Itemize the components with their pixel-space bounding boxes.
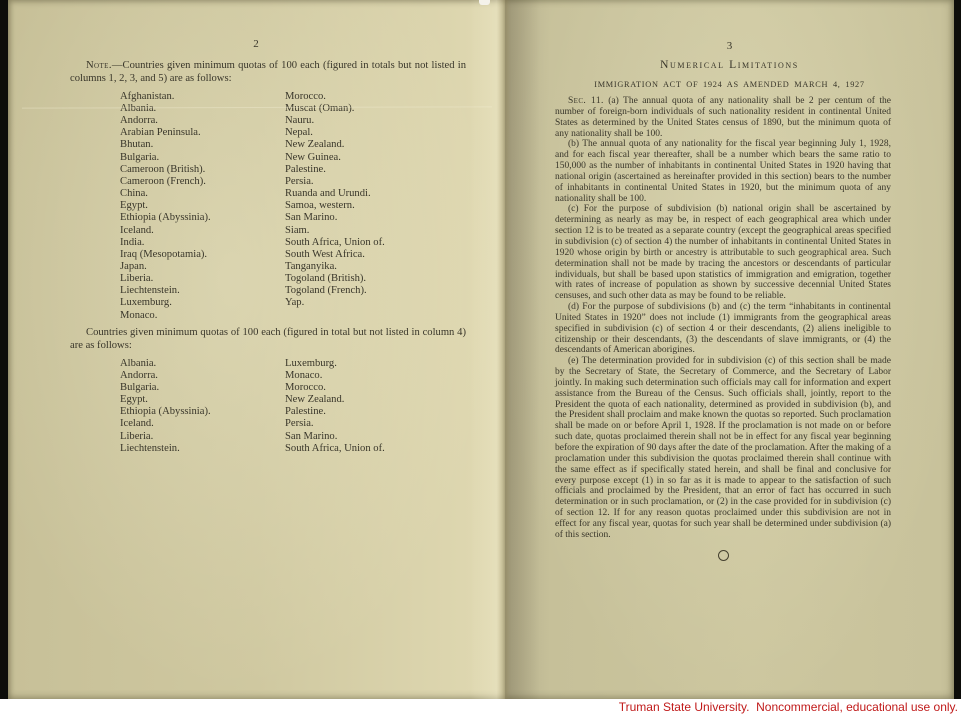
country-list-row: Japan.Tanganyika. xyxy=(120,261,505,273)
country-name: Iceland. xyxy=(120,225,285,237)
country-list-row: Andorra.Monaco. xyxy=(120,370,505,382)
country-name: Bhutan. xyxy=(120,139,285,151)
country-name: South Africa, Union of. xyxy=(285,443,505,455)
country-name: Liechtenstein. xyxy=(120,285,285,297)
country-name: India. xyxy=(120,237,285,249)
country-name: Nepal. xyxy=(285,127,505,139)
country-name: South West Africa. xyxy=(285,249,505,261)
country-name: Liberia. xyxy=(120,431,285,443)
second-list-heading: Countries given minimum quotas of 100 ea… xyxy=(70,326,466,353)
country-list-row: Ethiopia (Abyssinia).San Marino. xyxy=(120,212,505,224)
country-name: Iraq (Mesopotamia). xyxy=(120,249,285,261)
country-list-row: Arabian Peninsula.Nepal. xyxy=(120,127,505,139)
country-name: Ethiopia (Abyssinia). xyxy=(120,212,285,224)
country-name: New Zealand. xyxy=(285,139,505,151)
country-name: South Africa, Union of. xyxy=(285,237,505,249)
country-name: Togoland (British). xyxy=(285,273,505,285)
country-name: Andorra. xyxy=(120,115,285,127)
country-name: Arabian Peninsula. xyxy=(120,127,285,139)
country-name: Afghanistan. xyxy=(120,91,285,103)
credit-text: Truman State University. Noncommercial, … xyxy=(619,700,961,714)
country-name: Samoa, western. xyxy=(285,200,505,212)
act-subtitle: IMMIGRATION ACT OF 1924 AS AMENDED MARCH… xyxy=(505,80,954,89)
end-circle-ornament xyxy=(718,550,729,561)
country-list-row: Cameroon (French).Persia. xyxy=(120,176,505,188)
country-name: Liechtenstein. xyxy=(120,443,285,455)
note-text: —Countries given minimum quotas of 100 e… xyxy=(70,60,466,84)
country-name: Ethiopia (Abyssinia). xyxy=(120,406,285,418)
country-list-row: Afghanistan.Morocco. xyxy=(120,91,505,103)
country-list-row: Iceland.Persia. xyxy=(120,418,505,430)
country-name: Palestine. xyxy=(285,406,505,418)
paragraph-b: (b) The annual quota of any nationality … xyxy=(555,139,891,204)
country-name: Nauru. xyxy=(285,115,505,127)
country-name: Cameroon (French). xyxy=(120,176,285,188)
country-name: Japan. xyxy=(120,261,285,273)
country-name: New Zealand. xyxy=(285,394,505,406)
credit-bar: Truman State University. Noncommercial, … xyxy=(0,699,961,714)
page-3: 3 Numerical Limitations IMMIGRATION ACT … xyxy=(505,0,954,699)
country-name: Ruanda and Urundi. xyxy=(285,188,505,200)
country-name: Morocco. xyxy=(285,91,505,103)
country-list-row: Monaco. xyxy=(120,310,505,322)
country-name: Tanganyika. xyxy=(285,261,505,273)
country-name: Togoland (French). xyxy=(285,285,505,297)
country-list-row: Albania.Luxemburg. xyxy=(120,358,505,370)
country-name: San Marino. xyxy=(285,431,505,443)
country-name: Siam. xyxy=(285,225,505,237)
paragraph-a-text: (a) The annual quota of any nationality … xyxy=(555,96,891,139)
country-name: San Marino. xyxy=(285,212,505,224)
country-name: Bulgaria. xyxy=(120,152,285,164)
country-list-row: Bhutan.New Zealand. xyxy=(120,139,505,151)
country-list-row: Liberia.Togoland (British). xyxy=(120,273,505,285)
country-name: Monaco. xyxy=(285,370,505,382)
law-text-column: Sec. 11. (a) The annual quota of any nat… xyxy=(555,96,891,561)
country-name: Luxemburg. xyxy=(120,297,285,309)
note-label: Note. xyxy=(86,60,112,71)
country-list-row: Luxemburg.Yap. xyxy=(120,297,505,309)
paragraph-d: (d) For the purpose of subdivisions (b) … xyxy=(555,302,891,356)
country-list-row: Andorra.Nauru. xyxy=(120,115,505,127)
country-list-row: Egypt.Samoa, western. xyxy=(120,200,505,212)
country-list-2: Albania.Luxemburg. Andorra.Monaco. Bulga… xyxy=(120,358,505,455)
country-name: Albania. xyxy=(120,358,285,370)
country-name: Albania. xyxy=(120,103,285,115)
country-list-row: Iceland.Siam. xyxy=(120,225,505,237)
country-name: Persia. xyxy=(285,418,505,430)
country-name: Bulgaria. xyxy=(120,382,285,394)
country-list-row: Liechtenstein.Togoland (French). xyxy=(120,285,505,297)
country-list-row: Ethiopia (Abyssinia).Palestine. xyxy=(120,406,505,418)
country-name: Persia. xyxy=(285,176,505,188)
country-name: Luxemburg. xyxy=(285,358,505,370)
country-list-row: Egypt.New Zealand. xyxy=(120,394,505,406)
paragraph-e: (e) The determination provided for in su… xyxy=(555,356,891,540)
country-list-row: India.South Africa, Union of. xyxy=(120,237,505,249)
page-number: 2 xyxy=(8,38,505,50)
page-2: 2 Note.—Countries given minimum quotas o… xyxy=(8,0,505,699)
country-name: Morocco. xyxy=(285,382,505,394)
country-name: Egypt. xyxy=(120,394,285,406)
country-list-row: China.Ruanda and Urundi. xyxy=(120,188,505,200)
country-name: Andorra. xyxy=(120,370,285,382)
page-number: 3 xyxy=(505,40,954,52)
paragraph-a: Sec. 11. (a) The annual quota of any nat… xyxy=(555,96,891,139)
country-name: China. xyxy=(120,188,285,200)
paragraph-c: (c) For the purpose of subdivision (b) n… xyxy=(555,204,891,302)
country-name: Cameroon (British). xyxy=(120,164,285,176)
section-title: Numerical Limitations xyxy=(505,59,954,71)
country-name: Liberia. xyxy=(120,273,285,285)
country-name xyxy=(285,310,505,322)
country-list-row: Cameroon (British).Palestine. xyxy=(120,164,505,176)
country-list-row: Liberia.San Marino. xyxy=(120,431,505,443)
country-list-row: Bulgaria.Morocco. xyxy=(120,382,505,394)
country-name: Monaco. xyxy=(120,310,285,322)
country-list-row: Iraq (Mesopotamia).South West Africa. xyxy=(120,249,505,261)
country-name: Muscat (Oman). xyxy=(285,103,505,115)
note-paragraph: Note.—Countries given minimum quotas of … xyxy=(70,59,466,86)
country-list-row: Bulgaria.New Guinea. xyxy=(120,152,505,164)
country-list-1: Afghanistan.Morocco. Albania.Muscat (Oma… xyxy=(120,91,505,322)
country-name: New Guinea. xyxy=(285,152,505,164)
country-name: Iceland. xyxy=(120,418,285,430)
country-list-row: Albania.Muscat (Oman). xyxy=(120,103,505,115)
country-list-row: Liechtenstein.South Africa, Union of. xyxy=(120,443,505,455)
country-name: Palestine. xyxy=(285,164,505,176)
country-name: Yap. xyxy=(285,297,505,309)
country-name: Egypt. xyxy=(120,200,285,212)
book-spread: 2 Note.—Countries given minimum quotas o… xyxy=(0,0,961,699)
scan-notch xyxy=(479,0,490,5)
section-label: Sec. 11. xyxy=(568,96,604,106)
